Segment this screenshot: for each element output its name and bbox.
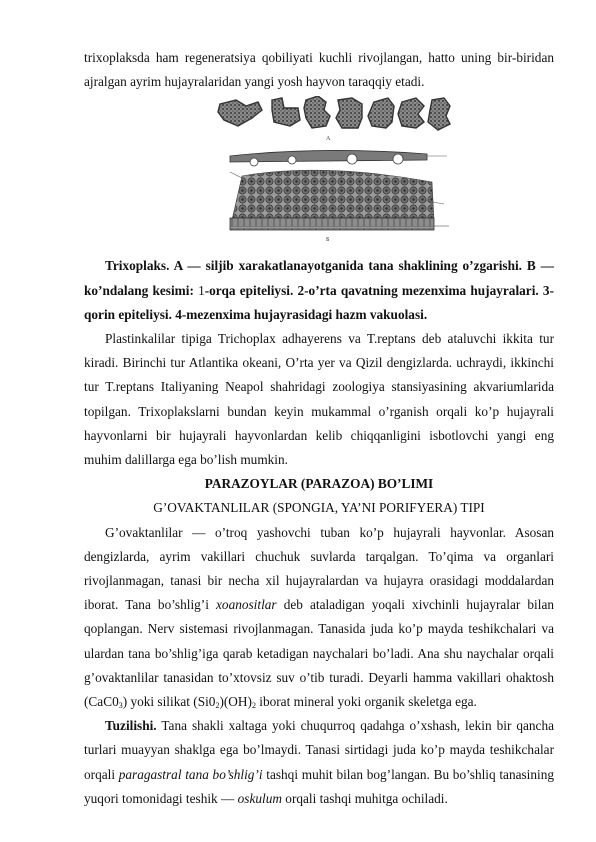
figure-label-b: Б [326, 237, 330, 242]
shape-outlines-a [218, 96, 450, 130]
paragraph-govaktanlilar: G’ovaktanlilar — o’troq yashovchi tuban … [84, 521, 554, 715]
term-tuzilishi: Tuzilishi. [105, 718, 157, 733]
document-page: trixoplaksda ham regeneratsiya qobiliyat… [84, 46, 554, 811]
term-oskulum: oskulum [238, 791, 282, 806]
term-xoanositlar: xoanositlar [216, 597, 277, 612]
paragraph-tuzilishi: Tuzilishi. Tana shakli xaltaga yoki chuq… [84, 714, 554, 811]
text-run: iborat mineral yoki organik skeletga ega… [256, 694, 477, 709]
figure-caption: Trixoplaks. A — siljib xarakatlanayotgan… [84, 254, 554, 327]
text-run: deb ataladigan yoqali xivchinli hujayral… [84, 597, 554, 709]
term-paragastral: paragastral tana bo’shlig’i [119, 767, 263, 782]
trichoplax-figure: A Б [84, 94, 554, 240]
subsection-heading: G’OVAKTANLILAR (SPONGIA, YA’NI PORIFYERA… [84, 496, 554, 520]
cross-section-b: Б [230, 151, 449, 243]
figure-label-a: A [326, 136, 331, 142]
text-run: orqali tashqi muhitga ochiladi. [282, 791, 448, 806]
text-run: )(OH) [219, 694, 252, 709]
trichoplax-illustration: A Б [202, 96, 452, 242]
text-run: ) yoki silikat (Si0 [123, 694, 216, 709]
section-heading: PARAZOYLAR (PARAZOA) BO’LIMI [84, 472, 554, 496]
paragraph-plastinkalilar: Plastinkalilar tipiga Trichoplax adhayer… [84, 327, 554, 472]
caption-num1: 1 [198, 283, 205, 298]
intro-paragraph: trixoplaksda ham regeneratsiya qobiliyat… [84, 46, 554, 94]
